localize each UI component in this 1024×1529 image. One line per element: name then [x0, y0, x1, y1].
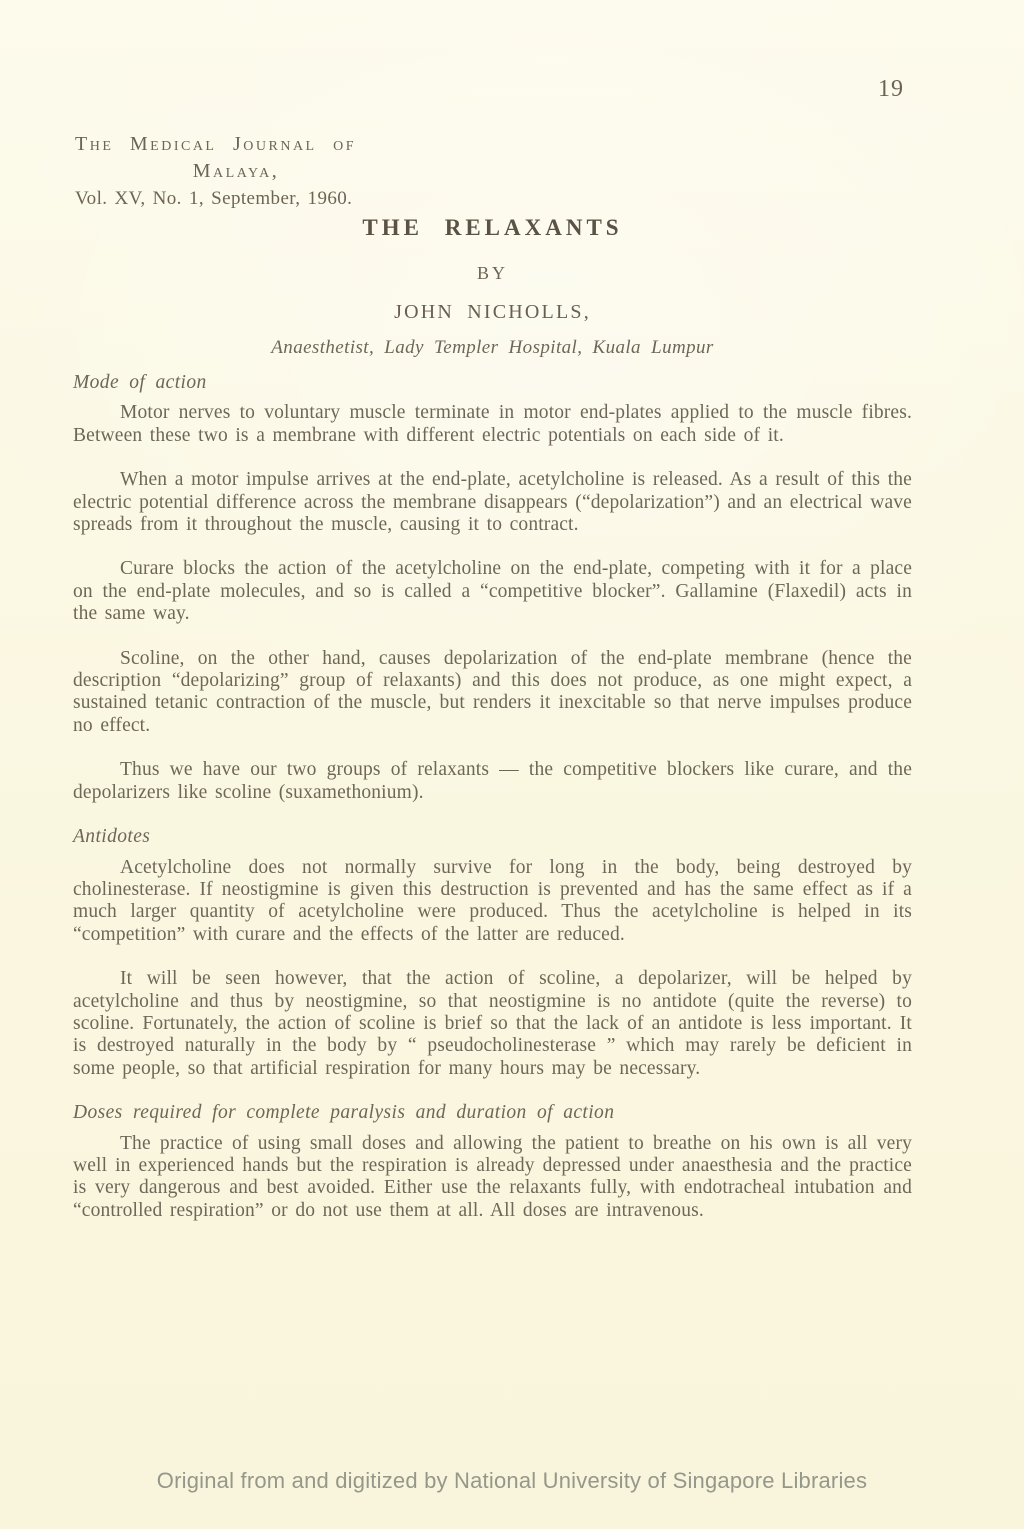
paragraph: Scoline, on the other hand, causes depol… [73, 648, 912, 738]
section-heading-antidotes: Antidotes [73, 826, 912, 848]
paragraph: Acetylcholine does not normally survive … [73, 857, 912, 947]
paragraph: Curare blocks the action of the acetylch… [73, 558, 912, 625]
journal-name-line-2: Malaya, [75, 158, 397, 185]
paragraph: Motor nerves to voluntary muscle termina… [73, 402, 912, 447]
byline-label: BY [73, 263, 912, 284]
paragraph: When a motor impulse arrives at the end-… [73, 469, 912, 536]
article-body: Mode of action Motor nerves to voluntary… [73, 372, 912, 1244]
paragraph: The practice of using small doses and al… [73, 1133, 912, 1223]
digitization-credit: Original from and digitized by National … [0, 1468, 1024, 1494]
author-name: JOHN NICHOLLS, [73, 301, 912, 324]
scanned-page: 19 The Medical Journal of Malaya, Vol. X… [0, 0, 1024, 1529]
journal-issue: Vol. XV, No. 1, September, 1960. [75, 185, 397, 212]
article-title: THE RELAXANTS [73, 215, 912, 241]
page-number: 19 [878, 76, 904, 103]
paragraph: Thus we have our two groups of relaxants… [73, 759, 912, 804]
paragraph: It will be seen however, that the action… [73, 968, 912, 1080]
article-header: THE RELAXANTS BY JOHN NICHOLLS, Anaesthe… [73, 215, 912, 359]
journal-name-line-1: The Medical Journal of [75, 131, 397, 158]
section-heading-mode-of-action: Mode of action [73, 372, 912, 394]
author-affiliation: Anaesthetist, Lady Templer Hospital, Kua… [73, 337, 912, 359]
journal-masthead: The Medical Journal of Malaya, Vol. XV, … [75, 131, 397, 212]
section-heading-doses: Doses required for complete paralysis an… [73, 1102, 912, 1124]
